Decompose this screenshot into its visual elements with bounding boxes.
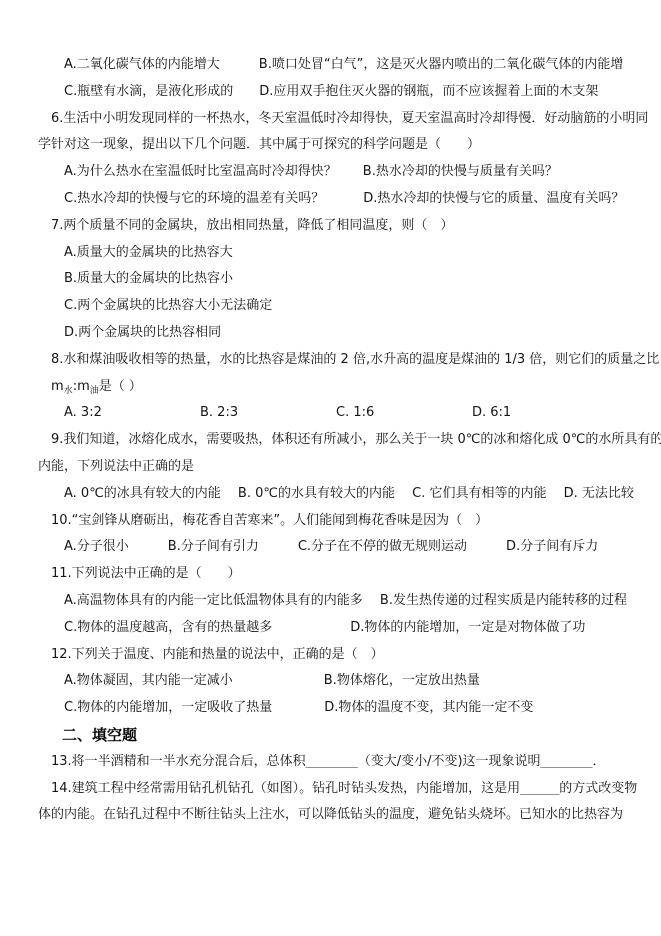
question-line: 10.“宝剑锋从磨砺出，梅花香自苦寒来”。人们能闻到梅花香味是因为（ ） xyxy=(0,508,661,535)
option-choice: D. 6:1 xyxy=(472,400,511,427)
option-line: A.分子很小 B.分子间有引力 C.分子在不停的做无规则运动 D.分子间有斥力 xyxy=(0,534,661,561)
continuation-line: 体的内能。在钻孔过程中不断往钻头上注水，可以降低钻头的温度，避免钻头烧坏。已知水… xyxy=(0,802,661,829)
document-content: A.二氧化碳气体的内能增大 B.喷口处冒“白气”，这是灭火器内喷出的二氧化碳气体… xyxy=(0,0,661,829)
text-segment: m xyxy=(51,379,64,394)
option-line: C.两个金属块的比热容大小无法确定 xyxy=(0,293,661,320)
continuation-line: 学针对这一现象，提出以下几个问题．其中属于可探究的科学问题是（ ） xyxy=(0,132,661,159)
question-line: 13.将一半酒精和一半水充分混合后，总体积________（变大/变小/不变)这… xyxy=(0,749,661,776)
fill-in-blank: ______ xyxy=(520,781,559,796)
text-segment: 14.建筑工程中经常需用钻孔机钻孔（如图）。钻孔时钻头发热，内能增加，这是用 xyxy=(51,781,520,796)
text-segment: 13.将一半酒精和一半水充分混合后，总体积 xyxy=(51,754,306,769)
fill-in-blank: ________ xyxy=(306,754,358,769)
option-line: B.质量大的金属块的比热容小 xyxy=(0,266,661,293)
continuation-line: 内能，下列说法中正确的是 xyxy=(0,454,661,481)
option-line: A.高温物体具有的内能一定比低温物体具有的内能多 B.发生热传递的过程实质是内能… xyxy=(0,588,661,615)
question-line: 7.两个质量不同的金属块，放出相同热量，降低了相同温度，则（ ） xyxy=(0,213,661,240)
question-line: 11.下列说法中正确的是（ ） xyxy=(0,561,661,588)
option-choice: A. 3:2 xyxy=(64,400,200,427)
option-choice: C. 1:6 xyxy=(336,400,472,427)
option-line: C.瓶壁有水滴，是液化形成的 D.应用双手抱住灭火器的钢瓶，而不应该握着上面的木… xyxy=(0,79,661,106)
question-line: 8.水和煤油吸收相等的热量，水的比热容是煤油的 2 倍,水升高的温度是煤油的 1… xyxy=(0,347,661,374)
text-segment: 的方式改变物 xyxy=(559,781,637,796)
question-line: 12.下列关于温度、内能和热量的说法中，正确的是（ ） xyxy=(0,642,661,669)
subscript-text: 水 xyxy=(64,386,73,396)
option-line: A.质量大的金属块的比热容大 xyxy=(0,240,661,267)
question-line: 14.建筑工程中经常需用钻孔机钻孔（如图）。钻孔时钻头发热，内能增加，这是用__… xyxy=(0,776,661,803)
section-heading: 二、填空题 xyxy=(0,722,661,749)
option-line: D.两个金属块的比热容相同 xyxy=(0,320,661,347)
question-line: 6.生活中小明发现同样的一杯热水，冬天室温低时冷却得快，夏天室温高时冷却得慢．好… xyxy=(0,106,661,133)
text-segment: 是（ ） xyxy=(99,379,142,394)
text-segment: （变大/变小/不变)这一现象说明 xyxy=(358,754,541,769)
option-line: C.物体的温度越高，含有的热量越多 D.物体的内能增加，一定是对物体做了功 xyxy=(0,615,661,642)
question-line: 9.我们知道，冰熔化成水，需要吸热，体积还有所减小，那么关于一块 0℃的冰和熔化… xyxy=(0,427,661,454)
option-line: A.二氧化碳气体的内能增大 B.喷口处冒“白气”，这是灭火器内喷出的二氧化碳气体… xyxy=(0,52,661,79)
subscript-text: 油 xyxy=(90,386,99,396)
option-line: C.热水冷却的快慢与它的环境的温差有关吗？ D.热水冷却的快慢与它的质量、温度有… xyxy=(0,186,661,213)
option-choice: B. 2:3 xyxy=(200,400,336,427)
formula-line: m水:m油是（ ） xyxy=(0,374,661,401)
text-segment: :m xyxy=(73,379,90,394)
option-line: A.物体凝固，其内能一定减小 B.物体熔化，一定放出热量 xyxy=(0,668,661,695)
option-line: A. 0℃的冰具有较大的内能 B. 0℃的水具有较大的内能 C. 它们具有相等的… xyxy=(0,481,661,508)
document-page: A.二氧化碳气体的内能增大 B.喷口处冒“白气”，这是灭火器内喷出的二氧化碳气体… xyxy=(0,0,661,936)
options-row: A. 3:2B. 2:3C. 1:6D. 6:1 xyxy=(0,400,661,427)
option-line: C.物体的内能增加，一定吸收了热量 D.物体的温度不变，其内能一定不变 xyxy=(0,695,661,722)
fill-in-blank: ________ xyxy=(541,754,593,769)
text-segment: ． xyxy=(593,754,606,769)
option-line: A.为什么热水在室温低时比室温高时冷却得快？ B.热水冷却的快慢与质量有关吗？ xyxy=(0,159,661,186)
